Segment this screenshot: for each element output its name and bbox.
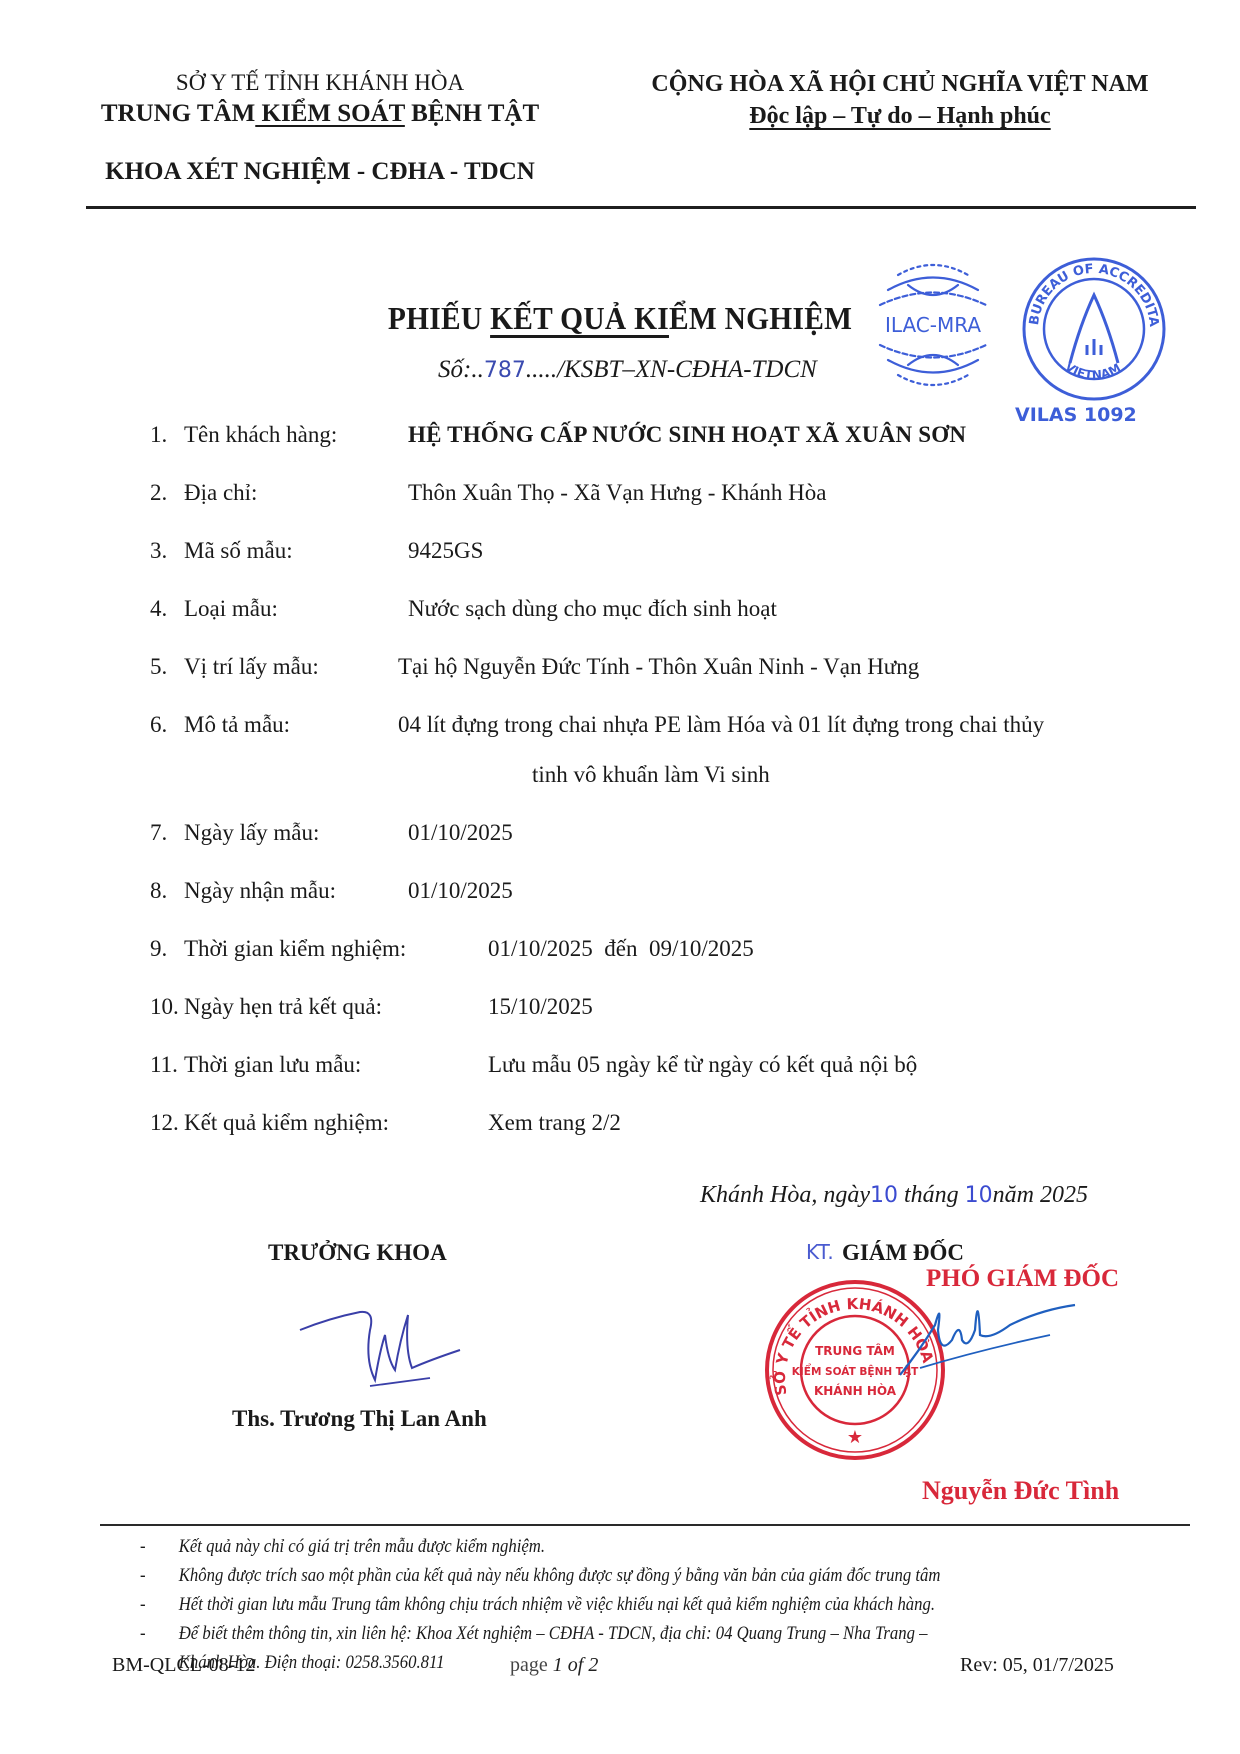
revision-info: Rev: 05, 01/7/2025 xyxy=(960,1654,1114,1677)
field-row: 5.Vị trí lấy mẫu: xyxy=(150,652,319,682)
head-of-faculty-name: Ths. Trương Thị Lan Anh xyxy=(232,1406,487,1432)
field-row: 2.Địa chỉ: xyxy=(150,478,257,508)
bullet-icon: - xyxy=(140,1619,146,1648)
field-label: Ngày nhận mẫu: xyxy=(184,878,336,903)
sampling-date-value: 01/10/2025 xyxy=(408,818,513,848)
signature-icon xyxy=(880,1280,1080,1390)
note-text: Hết thời gian lưu mẫu Trung tâm không ch… xyxy=(179,1594,935,1615)
sample-code-value: 9425GS xyxy=(408,536,483,566)
country-name: CỘNG HÒA XÃ HỘI CHỦ NGHĨA VIỆT NAM xyxy=(620,68,1180,100)
field-label: Địa chỉ: xyxy=(184,480,257,505)
field-row: 9.Thời gian kiểm nghiệm: xyxy=(150,934,406,964)
note-item: -Không được trích sao một phần của kết q… xyxy=(140,1561,1055,1590)
field-number: 4. xyxy=(150,594,184,624)
faculty-name: KHOA XÉT NGHIỆM - CĐHA - TDCN xyxy=(70,156,570,188)
field-label: Ngày hẹn trả kết quả: xyxy=(184,994,382,1019)
sample-description-value: 04 lít đựng trong chai nhựa PE làm Hóa v… xyxy=(398,710,1044,740)
bullet-icon: - xyxy=(140,1561,146,1590)
note-text: Không được trích sao một phần của kết qu… xyxy=(179,1565,941,1586)
doc-number-handwritten: 787 xyxy=(484,358,526,383)
field-number: 10. xyxy=(150,992,184,1022)
test-result-value: Xem trang 2/2 xyxy=(488,1108,621,1138)
field-row: 7.Ngày lấy mẫu: xyxy=(150,818,319,848)
title-underlined: KẾT QUẢ KI xyxy=(490,300,669,336)
retention-period-value: Lưu mẫu 05 ngày kể từ ngày có kết quả nộ… xyxy=(488,1050,917,1080)
national-header: CỘNG HÒA XÃ HỘI CHỦ NGHĨA VIỆT NAM Độc l… xyxy=(620,68,1180,132)
agency-header: SỞ Y TẾ TỈNH KHÁNH HÒA TRUNG TÂM KIỂM SO… xyxy=(70,68,570,188)
field-row: 10.Ngày hẹn trả kết quả: xyxy=(150,992,382,1022)
document-title: PHIẾU KẾT QUẢ KIỂM NGHIỆM xyxy=(50,300,1191,337)
center-name-part1: TRUNG TÂM xyxy=(101,100,255,127)
deputy-director-name: Nguyễn Đức Tình xyxy=(922,1476,1119,1506)
field-label: Tên khách hàng: xyxy=(184,422,337,447)
page-value: 1 of 2 xyxy=(553,1654,599,1676)
field-row: 6.Mô tả mẫu: xyxy=(150,710,290,740)
field-row: 1.Tên khách hàng: xyxy=(150,420,337,450)
note-item: -Hết thời gian lưu mẫu Trung tâm không c… xyxy=(140,1590,1055,1619)
field-row: 4.Loại mẫu: xyxy=(150,594,278,624)
doc-number-label: Số:.. xyxy=(438,356,484,383)
footer-divider xyxy=(100,1524,1190,1526)
page-number: page 1 of 2 xyxy=(510,1654,598,1677)
note-text: Kết quả này chỉ có giá trị trên mẫu được… xyxy=(179,1536,545,1557)
date-prefix: Khánh Hòa, ngày xyxy=(700,1182,870,1208)
department-name: SỞ Y TẾ TỈNH KHÁNH HÒA xyxy=(70,68,570,98)
customer-name: HỆ THỐNG CẤP NƯỚC SINH HOẠT XÃ XUÂN SƠN xyxy=(408,420,966,450)
title-part3: ỂM NGHIỆM xyxy=(669,300,852,336)
director-title: GIÁM ĐỐC xyxy=(842,1240,964,1266)
received-date-value: 01/10/2025 xyxy=(408,876,513,906)
note-item: -Kết quả này chỉ có giá trị trên mẫu đượ… xyxy=(140,1532,1055,1561)
center-name-underlined: KIỂM SOÁT xyxy=(255,100,405,127)
sample-type-value: Nước sạch dùng cho mục đích sinh hoạt xyxy=(408,594,777,624)
field-label: Mô tả mẫu: xyxy=(184,712,290,737)
date-month-handwritten: 10 xyxy=(965,1183,993,1208)
vilas-accreditation-number: VILAS 1092 xyxy=(1015,404,1137,426)
date-month-label: tháng xyxy=(898,1182,965,1208)
return-date-value: 15/10/2025 xyxy=(488,992,593,1022)
field-number: 12. xyxy=(150,1108,184,1138)
date-year: năm 2025 xyxy=(993,1182,1088,1208)
head-of-faculty-title: TRƯỞNG KHOA xyxy=(268,1240,447,1266)
signing-date: Khánh Hòa, ngày10 tháng 10năm 2025 xyxy=(700,1182,1088,1209)
date-day-handwritten: 10 xyxy=(870,1183,898,1208)
field-label: Loại mẫu: xyxy=(184,596,278,621)
form-code: BM-QLCL-08-12 xyxy=(112,1654,255,1677)
sampling-location-value: Tại hộ Nguyễn Đức Tính - Thôn Xuân Ninh … xyxy=(398,652,919,682)
field-label: Vị trí lấy mẫu: xyxy=(184,654,319,679)
field-row: 8.Ngày nhận mẫu: xyxy=(150,876,336,906)
bullet-icon: - xyxy=(140,1532,146,1561)
field-number: 3. xyxy=(150,536,184,566)
field-number: 2. xyxy=(150,478,184,508)
signature-icon xyxy=(290,1300,480,1390)
bullet-icon: - xyxy=(140,1590,146,1619)
field-label: Thời gian lưu mẫu: xyxy=(184,1052,361,1077)
field-number: 7. xyxy=(150,818,184,848)
center-name-part3: BỆNH TẬT xyxy=(405,100,539,127)
field-number: 6. xyxy=(150,710,184,740)
note-item: -Để biết thêm thông tin, xin liên hệ: Kh… xyxy=(140,1619,1055,1648)
doc-number-suffix: ...../KSBT–XN-CĐHA-TDCN xyxy=(526,356,817,383)
field-label: Thời gian kiểm nghiệm: xyxy=(184,936,406,961)
center-name: TRUNG TÂM KIỂM SOÁT BỆNH TẬT xyxy=(70,98,570,130)
field-number: 8. xyxy=(150,876,184,906)
title-part1: PHIẾU xyxy=(388,300,490,336)
field-row: 12.Kết quả kiểm nghiệm: xyxy=(150,1108,389,1138)
testing-period-value: 01/10/2025 đến 09/10/2025 xyxy=(488,934,754,964)
field-number: 9. xyxy=(150,934,184,964)
note-text: Để biết thêm thông tin, xin liên hệ: Kho… xyxy=(179,1623,928,1644)
header-divider xyxy=(86,206,1196,209)
field-number: 5. xyxy=(150,652,184,682)
national-motto: Độc lập – Tự do – Hạnh phúc xyxy=(620,100,1180,132)
field-row: 11.Thời gian lưu mẫu: xyxy=(150,1050,361,1080)
document-number: Số:..787...../KSBT–XN-CĐHA-TDCN xyxy=(438,356,817,384)
field-label: Ngày lấy mẫu: xyxy=(184,820,319,845)
field-row: 3.Mã số mẫu: xyxy=(150,536,293,566)
on-behalf-marker: KT. xyxy=(806,1240,834,1264)
field-label: Kết quả kiểm nghiệm: xyxy=(184,1110,389,1135)
address-value: Thôn Xuân Thọ - Xã Vạn Hưng - Khánh Hòa xyxy=(408,478,827,508)
field-number: 1. xyxy=(150,420,184,450)
page-label: page xyxy=(510,1654,553,1676)
sample-description-value-line2: tinh vô khuẩn làm Vi sinh xyxy=(532,760,770,790)
svg-text:★: ★ xyxy=(847,1427,863,1447)
field-number: 11. xyxy=(150,1050,184,1080)
field-label: Mã số mẫu: xyxy=(184,538,293,563)
